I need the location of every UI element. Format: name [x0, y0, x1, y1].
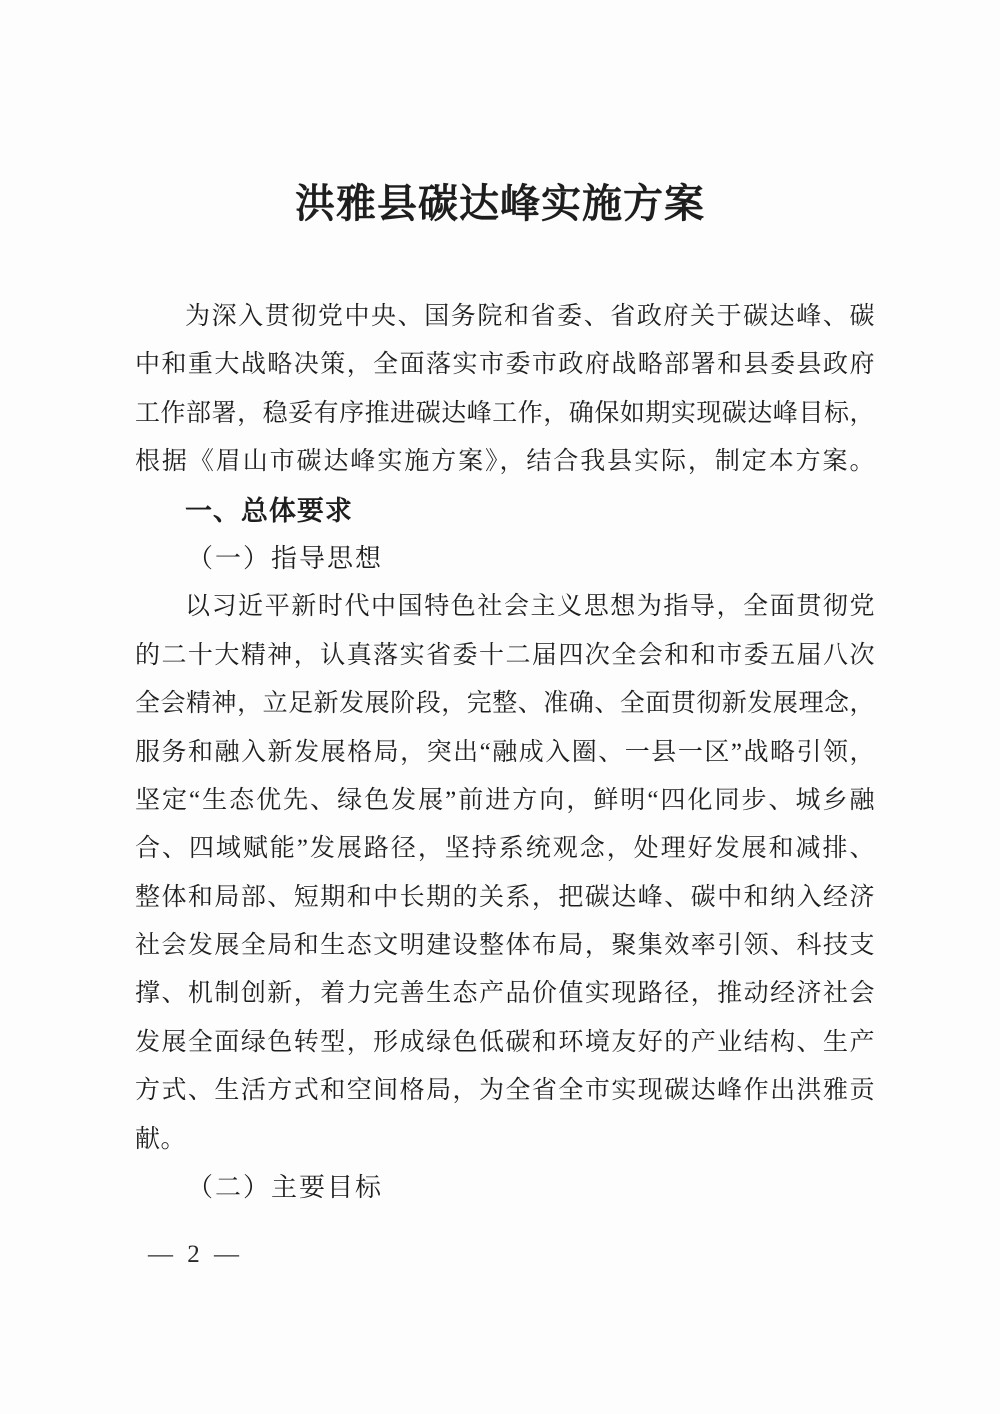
paragraph1-line-2: 中和重大战略决策，全面落实市委市政府战略部署和县委县政府 [135, 341, 875, 389]
paragraph2-line-10: 发展全面绿色转型，形成绿色低碳和环境友好的产业结构、生产 [135, 1019, 875, 1067]
paragraph2-line-2: 的二十大精神，认真落实省委十二届四次全会和和市委五届八次 [135, 632, 875, 680]
subsection-heading-main-goals: （二）主要目标 [135, 1164, 875, 1212]
document-page: 洪雅县碳达峰实施方案 为深入贯彻党中央、国务院和省委、省政府关于碳达峰、碳 中和… [0, 0, 1000, 1414]
paragraph2-line-4: 服务和融入新发展格局，突出“融成入圈、一县一区”战略引领， [135, 729, 875, 777]
paragraph2-line-5: 坚定“生态优先、绿色发展”前进方向，鲜明“四化同步、城乡融 [135, 777, 875, 825]
paragraph2-line-1: 以习近平新时代中国特色社会主义思想为指导，全面贯彻党 [135, 583, 875, 631]
paragraph2-line-6: 合、四域赋能”发展路径，坚持系统观念，处理好发展和减排、 [135, 825, 875, 873]
paragraph2-line-12: 献。 [135, 1116, 875, 1164]
page-number: — 2 — [148, 1240, 243, 1270]
paragraph2-line-11: 方式、生活方式和空间格局，为全省全市实现碳达峰作出洪雅贡 [135, 1067, 875, 1115]
document-title: 洪雅县碳达峰实施方案 [0, 172, 1000, 229]
paragraph2-line-8: 社会发展全局和生态文明建设整体布局，聚集效率引领、科技支 [135, 922, 875, 970]
paragraph1-line-1: 为深入贯彻党中央、国务院和省委、省政府关于碳达峰、碳 [135, 293, 875, 341]
paragraph2-line-9: 撑、机制创新，着力完善生态产品价值实现路径，推动经济社会 [135, 970, 875, 1018]
paragraph2-line-7: 整体和局部、短期和中长期的关系，把碳达峰、碳中和纳入经济 [135, 874, 875, 922]
section-heading-overall-requirements: 一、总体要求 [135, 487, 875, 535]
paragraph1-line-3: 工作部署，稳妥有序推进碳达峰工作，确保如期实现碳达峰目标， [135, 390, 875, 438]
document-body: 为深入贯彻党中央、国务院和省委、省政府关于碳达峰、碳 中和重大战略决策，全面落实… [135, 293, 875, 1212]
paragraph2-line-3: 全会精神，立足新发展阶段，完整、准确、全面贯彻新发展理念， [135, 680, 875, 728]
paragraph1-line-4: 根据《眉山市碳达峰实施方案》，结合我县实际，制定本方案。 [135, 438, 875, 486]
subsection-heading-guiding-ideology: （一）指导思想 [135, 535, 875, 583]
